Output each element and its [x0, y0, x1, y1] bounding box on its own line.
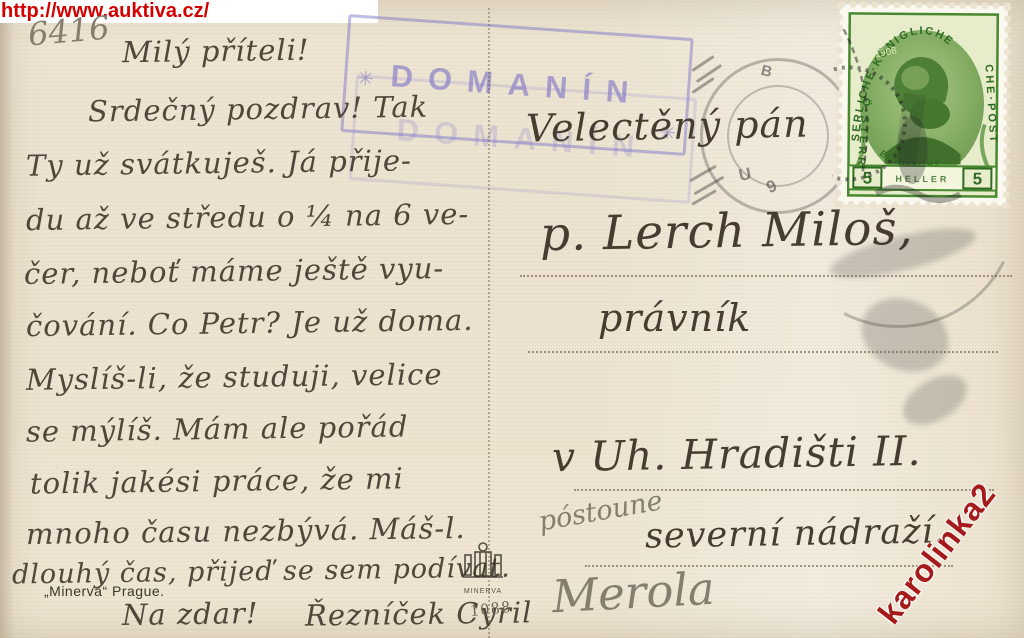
- cancel-hatch: [691, 77, 714, 94]
- stamp-value-right: 5: [973, 169, 983, 188]
- address-line: právník: [598, 296, 751, 340]
- publisher-logo: MINERVA: [456, 541, 510, 595]
- message-line: Myslíš-li, že studuji, velice: [26, 357, 443, 397]
- catalog-number: 6416: [26, 9, 110, 54]
- message-line: du až ve středu o ¼ na 6 ve-: [26, 197, 470, 237]
- message-line: Milý příteli!: [122, 33, 310, 70]
- postage-stamp: SERLICHE·KÖNIGLICHE EICHISCHE Ö·STERR CH…: [832, 1, 1014, 211]
- publisher-imprint: „Minerva“ Prague.: [44, 583, 165, 599]
- message-line: tolik jakési práce, že mi: [30, 461, 404, 500]
- message-line: čer, neboť máme ještě vyu-: [24, 251, 445, 291]
- message-line: mnoho času nezbývá. Máš-l.: [26, 511, 466, 551]
- minerva-emblem-icon: [459, 541, 507, 583]
- cancel-smudge: [895, 365, 976, 435]
- message-closing: Na zdar!: [122, 596, 259, 632]
- collector-watermark-wrap: karolinka2: [842, 468, 1024, 638]
- message-line: čování. Co Petr? Je už doma.: [26, 303, 474, 343]
- postmark-char: B: [759, 62, 774, 81]
- message-line: se mýlíš. Mám ale pořád: [26, 409, 409, 448]
- cachet-star-left: ✳: [356, 66, 374, 92]
- publisher-logo-label: MINERVA: [456, 588, 510, 595]
- message-line: Ty už svátkuješ. Já přije-: [26, 143, 412, 182]
- message-line: Srdečný pozdrav! Tak: [88, 90, 429, 129]
- stamp-graphic-icon: SERLICHE·KÖNIGLICHE EICHISCHE Ö·STERR CH…: [832, 1, 1014, 211]
- collector-watermark: karolinka2: [871, 475, 1004, 630]
- pencil-note: Merola: [551, 562, 716, 623]
- postcard-scan: http://www.auktiva.cz/ 6416 DOMANÍN ✳ DO…: [0, 0, 1024, 638]
